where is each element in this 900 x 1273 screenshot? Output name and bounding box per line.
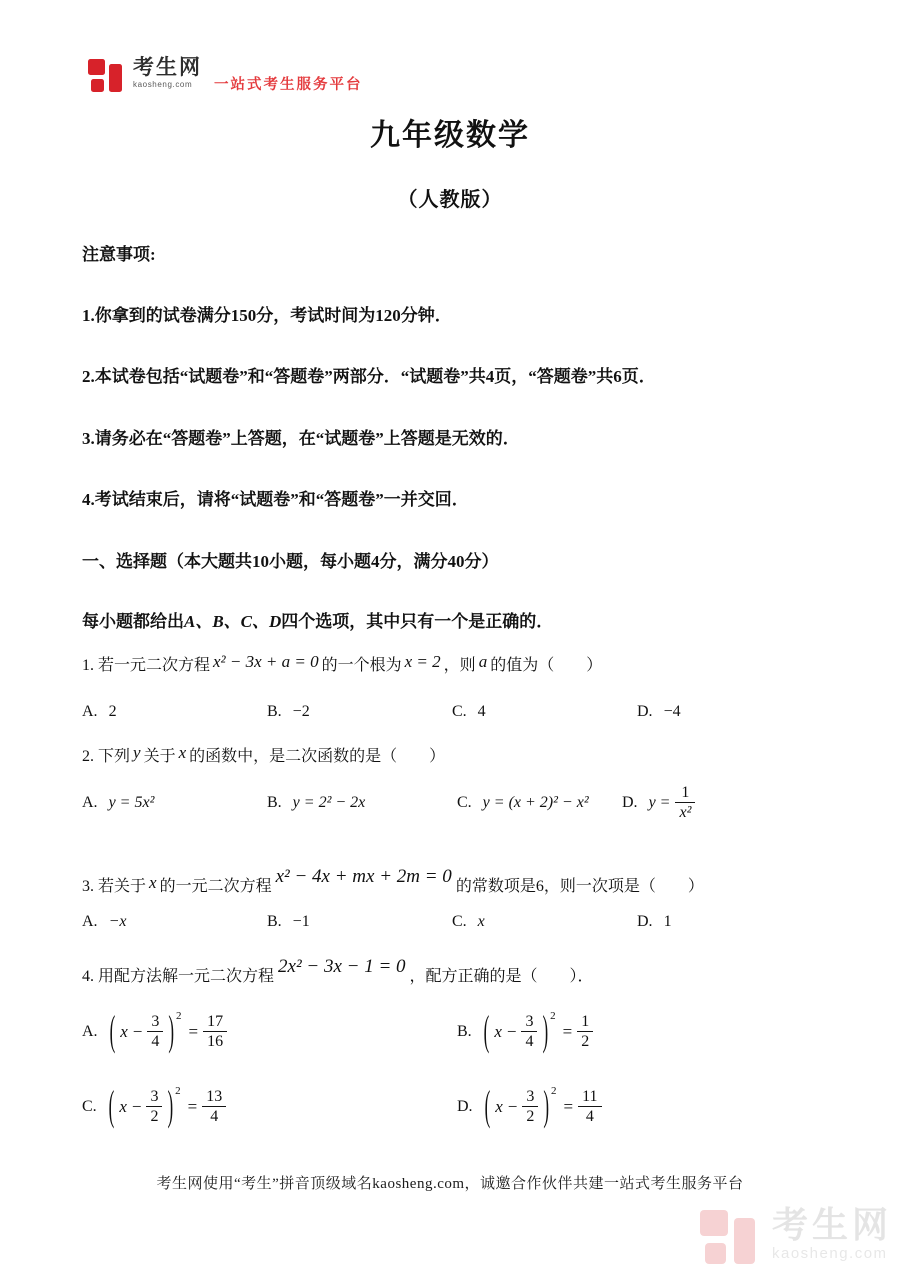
question-text: 若关于 bbox=[98, 878, 146, 895]
exponent: 2 bbox=[175, 1085, 181, 1097]
option-value: 1 bbox=[664, 913, 672, 931]
option-c: C. x bbox=[452, 913, 637, 931]
math-expression: ( x − 3 4 ) 2 = 17 16 bbox=[109, 1013, 228, 1051]
option-value: 2 bbox=[109, 703, 117, 721]
fraction-numerator: 3 bbox=[521, 1013, 537, 1032]
option-a: A. y = 5x² bbox=[82, 794, 267, 812]
exponent: 2 bbox=[550, 1010, 556, 1022]
option-label: B. bbox=[457, 1023, 472, 1041]
option-label: B. bbox=[267, 703, 282, 721]
footer-slogan: 考生网使用“考生”拼音顶级域名kaosheng.com，诚邀合作伙伴共建一站式考… bbox=[0, 1172, 900, 1193]
question-3: 3. 若关于x的一元二次方程x² − 4x + mx + 2m = 0的常数项是… bbox=[82, 873, 842, 897]
option-label: D. bbox=[457, 1098, 473, 1116]
logo-block bbox=[700, 1210, 728, 1236]
option-b: B. −2 bbox=[267, 703, 452, 721]
option-label: C. bbox=[452, 913, 467, 931]
fraction: 3 2 bbox=[146, 1088, 162, 1126]
watermark-text: 考生网 kaosheng.com bbox=[772, 1207, 892, 1262]
kaosheng-logo: 考生网 kaosheng.com 一站式考生服务平台 bbox=[88, 57, 363, 97]
logo-block bbox=[88, 59, 105, 75]
question-text: 的值为（ ） bbox=[490, 657, 602, 674]
option-label: A. bbox=[82, 794, 98, 812]
minus-operator: − bbox=[133, 1022, 143, 1042]
notice-item-4: 4.考试结束后，请将“试题卷”和“答题卷”一并交回． bbox=[82, 485, 842, 510]
option-label: B. bbox=[267, 913, 282, 931]
option-a: A. ( x − 3 4 ) 2 = 17 16 bbox=[82, 1013, 457, 1051]
kaosheng-watermark: 考生网 kaosheng.com bbox=[700, 1207, 892, 1273]
option-d: D. −4 bbox=[637, 703, 681, 721]
option-label: C. bbox=[452, 703, 467, 721]
variable: x bbox=[494, 1022, 502, 1042]
question-text: ，则 bbox=[444, 657, 476, 674]
fraction-denominator: 2 bbox=[522, 1107, 538, 1126]
logo-block bbox=[109, 64, 122, 92]
question-2-options: A. y = 5x² B. y = 2² − 2x C. y = (x + 2)… bbox=[82, 772, 852, 834]
fraction: 17 16 bbox=[203, 1013, 227, 1051]
math-expression: x = 2 bbox=[405, 652, 441, 671]
equals-sign: = bbox=[188, 1097, 198, 1117]
option-c: C. 4 bbox=[452, 703, 637, 721]
section-heading: 一、选择题（本大题共10小题，每小题4分，满分40分） bbox=[82, 547, 842, 572]
fraction-denominator: 16 bbox=[203, 1032, 227, 1051]
watermark-name: 考生网 bbox=[772, 1207, 892, 1243]
option-value-pre: y = bbox=[649, 794, 671, 812]
section-note-post: 四个选项，其中只有一个是正确的． bbox=[281, 612, 553, 631]
section-note-letters: A、B、C、D bbox=[184, 612, 281, 631]
logo-name: 考生网 bbox=[133, 57, 202, 79]
option-label: D. bbox=[622, 794, 638, 812]
option-label: D. bbox=[637, 913, 653, 931]
equals-sign: = bbox=[564, 1097, 574, 1117]
math-expression: x bbox=[179, 743, 187, 762]
option-value: 4 bbox=[478, 703, 486, 721]
option-label: A. bbox=[82, 913, 98, 931]
question-2: 2. 下列y关于x的函数中，是二次函数的是（ ） bbox=[82, 743, 842, 766]
equals-sign: = bbox=[189, 1022, 199, 1042]
logo-domain: kaosheng.com bbox=[133, 80, 202, 89]
fraction: 3 4 bbox=[521, 1013, 537, 1051]
notice-item-3: 3.请务必在“答题卷”上答题，在“试题卷”上答题是无效的． bbox=[82, 424, 842, 449]
notice-heading: 注意事项: bbox=[82, 240, 842, 265]
option-value: −x bbox=[109, 913, 127, 931]
question-text: 的常数项是6，则一次项是（ ） bbox=[456, 878, 704, 895]
fraction-numerator: 1 bbox=[577, 1013, 593, 1032]
fraction-numerator: 17 bbox=[203, 1013, 227, 1032]
exponent: 2 bbox=[176, 1010, 182, 1022]
option-d: D. 1 bbox=[637, 913, 672, 931]
section-note-pre: 每小题都给出 bbox=[82, 612, 184, 631]
right-paren: ) bbox=[167, 1007, 175, 1057]
option-value: −1 bbox=[293, 913, 310, 931]
fraction-numerator: 3 bbox=[147, 1013, 163, 1032]
fraction: 1 2 bbox=[577, 1013, 593, 1051]
left-paren: ( bbox=[484, 1082, 492, 1132]
question-text: 下列 bbox=[98, 748, 130, 765]
option-b: B. ( x − 3 4 ) 2 = 1 2 bbox=[457, 1013, 593, 1051]
math-expression: 2x² − 3x − 1 = 0 bbox=[278, 956, 406, 977]
math-expression: x² − 3x + a = 0 bbox=[213, 652, 319, 671]
option-label: C. bbox=[457, 794, 472, 812]
question-number: 4. bbox=[82, 968, 94, 985]
question-text: 用配方法解一元二次方程 bbox=[98, 968, 274, 985]
math-expression: ( x − 3 2 ) 2 = 13 4 bbox=[108, 1088, 227, 1126]
exponent: 2 bbox=[551, 1085, 557, 1097]
page-subtitle: （人教版） bbox=[0, 183, 900, 212]
question-1-options: A. 2 B. −2 C. 4 D. −4 bbox=[82, 703, 852, 721]
minus-operator: − bbox=[132, 1097, 142, 1117]
exam-paper-page: 考生网 kaosheng.com 一站式考生服务平台 九年级数学 （人教版） 注… bbox=[0, 0, 900, 1273]
question-4-options-row-2: C. ( x − 3 2 ) 2 = 13 4 D. ( bbox=[82, 1072, 852, 1142]
option-label: D. bbox=[637, 703, 653, 721]
watermark-domain: kaosheng.com bbox=[772, 1245, 892, 1262]
option-b: B. −1 bbox=[267, 913, 452, 931]
option-a: A. 2 bbox=[82, 703, 267, 721]
option-c: C. y = (x + 2)² − x² bbox=[457, 794, 622, 812]
fraction-denominator: x² bbox=[675, 803, 695, 822]
option-value: y = (x + 2)² − x² bbox=[483, 794, 589, 812]
logo-tagline: 一站式考生服务平台 bbox=[214, 73, 363, 94]
question-text: 的一个根为 bbox=[322, 657, 402, 674]
fraction: 11 4 bbox=[578, 1088, 601, 1126]
logo-block bbox=[91, 79, 104, 92]
math-expression: ( x − 3 4 ) 2 = 1 2 bbox=[483, 1013, 594, 1051]
option-value: −2 bbox=[293, 703, 310, 721]
left-paren: ( bbox=[108, 1082, 116, 1132]
equals-sign: = bbox=[563, 1022, 573, 1042]
fraction-numerator: 3 bbox=[522, 1088, 538, 1107]
option-d: D. ( x − 3 2 ) 2 = 11 4 bbox=[457, 1088, 602, 1126]
variable: x bbox=[120, 1022, 128, 1042]
option-label: A. bbox=[82, 1023, 98, 1041]
option-d: D. y = 1 x² bbox=[622, 784, 695, 822]
question-number: 1. bbox=[82, 657, 94, 674]
question-number: 2. bbox=[82, 748, 94, 765]
fraction-denominator: 4 bbox=[147, 1032, 163, 1051]
fraction-denominator: 4 bbox=[521, 1032, 537, 1051]
fraction-numerator: 1 bbox=[675, 784, 695, 803]
minus-operator: − bbox=[508, 1097, 518, 1117]
watermark-logo-icon bbox=[700, 1207, 762, 1273]
math-expression: y bbox=[133, 743, 141, 762]
logo-block bbox=[734, 1218, 755, 1264]
question-1: 1. 若一元二次方程x² − 3x + a = 0的一个根为x = 2，则a的值… bbox=[82, 652, 842, 675]
fraction-denominator: 2 bbox=[146, 1107, 162, 1126]
kaosheng-logo-icon bbox=[88, 57, 126, 97]
logo-block bbox=[705, 1243, 726, 1264]
option-value: y = 2² − 2x bbox=[293, 794, 366, 812]
fraction-numerator: 11 bbox=[578, 1088, 601, 1107]
option-value: y = 5x² bbox=[109, 794, 155, 812]
fraction: 3 2 bbox=[522, 1088, 538, 1126]
option-label: C. bbox=[82, 1098, 97, 1116]
question-text: 关于 bbox=[144, 748, 176, 765]
left-paren: ( bbox=[483, 1007, 491, 1057]
option-value: x bbox=[478, 913, 485, 931]
question-4-options-row-1: A. ( x − 3 4 ) 2 = 17 16 B. ( bbox=[82, 997, 852, 1067]
fraction-denominator: 4 bbox=[202, 1107, 226, 1126]
option-label: B. bbox=[267, 794, 282, 812]
left-paren: ( bbox=[109, 1007, 117, 1057]
variable: x bbox=[119, 1097, 127, 1117]
question-4: 4. 用配方法解一元二次方程2x² − 3x − 1 = 0，配方正确的是（ ）… bbox=[82, 963, 842, 987]
notice-item-2: 2.本试卷包括“试题卷”和“答题卷”两部分．“试题卷”共4页，“答题卷”共6页． bbox=[82, 362, 842, 387]
math-expression: x bbox=[149, 873, 157, 892]
question-text: 的函数中，是二次函数的是（ ） bbox=[189, 748, 445, 765]
right-paren: ) bbox=[542, 1082, 550, 1132]
fraction: 13 4 bbox=[202, 1088, 226, 1126]
question-text: 的一元二次方程 bbox=[160, 878, 272, 895]
page-title: 九年级数学 bbox=[0, 110, 900, 154]
option-label: A. bbox=[82, 703, 98, 721]
variable: x bbox=[495, 1097, 503, 1117]
right-paren: ) bbox=[541, 1007, 549, 1057]
right-paren: ) bbox=[166, 1082, 174, 1132]
minus-operator: − bbox=[507, 1022, 517, 1042]
math-expression: ( x − 3 2 ) 2 = 11 4 bbox=[484, 1088, 602, 1126]
fraction-numerator: 3 bbox=[146, 1088, 162, 1107]
option-b: B. y = 2² − 2x bbox=[267, 794, 457, 812]
fraction: 1 x² bbox=[675, 784, 695, 822]
question-3-options: A. −x B. −1 C. x D. 1 bbox=[82, 913, 852, 931]
option-c: C. ( x − 3 2 ) 2 = 13 4 bbox=[82, 1088, 457, 1126]
fraction: 3 4 bbox=[147, 1013, 163, 1051]
fraction-denominator: 2 bbox=[577, 1032, 593, 1051]
notice-item-1: 1.你拿到的试卷满分150分，考试时间为120分钟． bbox=[82, 301, 842, 326]
option-a: A. −x bbox=[82, 913, 267, 931]
fraction-denominator: 4 bbox=[578, 1107, 601, 1126]
question-text: 若一元二次方程 bbox=[98, 657, 210, 674]
question-number: 3. bbox=[82, 878, 94, 895]
fraction-numerator: 13 bbox=[202, 1088, 226, 1107]
math-expression: x² − 4x + mx + 2m = 0 bbox=[276, 866, 452, 887]
section-note: 每小题都给出A、B、C、D四个选项，其中只有一个是正确的． bbox=[82, 607, 842, 632]
logo-text: 考生网 kaosheng.com bbox=[133, 57, 202, 89]
question-text: ，配方正确的是（ ）． bbox=[410, 968, 594, 985]
option-value: −4 bbox=[664, 703, 681, 721]
math-expression: a bbox=[479, 652, 488, 671]
